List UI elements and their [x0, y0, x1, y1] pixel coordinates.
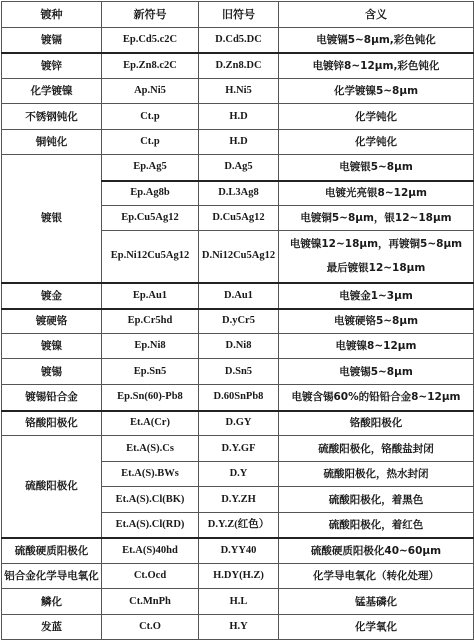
cell-kind: 镀银 [2, 155, 102, 283]
cell-kind: 镀镍 [2, 334, 102, 359]
cell-kind: 镀硬铬 [2, 309, 102, 334]
cell-kind: 不锈钢钝化 [2, 104, 102, 130]
header-new-symbol: 新符号 [102, 2, 199, 28]
cell-old-symbol: H.Ni5 [199, 79, 279, 104]
cell-old-symbol: D.Y.ZH [199, 487, 279, 513]
cell-old-symbol: D.yCr5 [199, 309, 279, 334]
cell-old-symbol: H.Y [199, 615, 279, 640]
cell-old-symbol: D.Y.GF [199, 436, 279, 462]
cell-new-symbol: Ct.O [102, 615, 199, 640]
cell-kind: 镀金 [2, 283, 102, 309]
cell-new-symbol: Ep.Zn8.c2C [102, 53, 199, 79]
cell-new-symbol: Ep.Sn(60)-Pb8 [102, 385, 199, 411]
table-row: 硫酸阳极化 Et.A(S).Cs D.Y.GF 硫酸阳极化，铬酸盐封闭 [2, 436, 474, 462]
cell-old-symbol: D.60SnPb8 [199, 385, 279, 411]
table-row: 硫酸硬质阳极化 Et.A(S)40hd D.YY40 硫酸硬质阳极化40~60μ… [2, 538, 474, 564]
cell-kind: 硫酸硬质阳极化 [2, 538, 102, 564]
cell-kind: 铝合金化学导电氧化 [2, 564, 102, 589]
cell-kind: 发蓝 [2, 615, 102, 640]
cell-old-symbol: D.Zn8.DC [199, 53, 279, 79]
cell-meaning: 硫酸硬质阳极化40~60μm [279, 538, 474, 564]
cell-new-symbol: Ct.Ocd [102, 564, 199, 589]
cell-new-symbol: Et.A(S).Cs [102, 436, 199, 462]
cell-meaning: 电镀锡5~8μm [279, 359, 474, 385]
table-row: 发蓝 Ct.O H.Y 化学氧化 [2, 615, 474, 640]
cell-meaning: 电镀光亮银8~12μm [279, 181, 474, 206]
cell-meaning: 硫酸阳极化，着黑色 [279, 487, 474, 513]
cell-old-symbol: D.GY [199, 411, 279, 436]
cell-meaning: 铬酸阳极化 [279, 411, 474, 436]
table-row: 铬酸阳极化 Et.A(Cr) D.GY 铬酸阳极化 [2, 411, 474, 436]
meaning-line-1: 电镀镍12~18μm，再镀铜5~8μm [281, 232, 471, 256]
meaning-line-2: 最后镀银12~18μm [281, 256, 471, 280]
cell-old-symbol: D.Y [199, 462, 279, 487]
cell-meaning: 电镀锌8~12μm,彩色钝化 [279, 53, 474, 79]
cell-old-symbol: H.D [199, 130, 279, 155]
cell-new-symbol: Ep.Cr5hd [102, 309, 199, 334]
cell-meaning: 电镀镉5~8μm,彩色钝化 [279, 28, 474, 53]
cell-kind: 铜钝化 [2, 130, 102, 155]
cell-old-symbol: D.Cd5.DC [199, 28, 279, 53]
cell-new-symbol: Ap.Ni5 [102, 79, 199, 104]
cell-meaning: 化学镀镍5~8μm [279, 79, 474, 104]
cell-new-symbol: Ep.Ni12Cu5Ag12 [102, 231, 199, 283]
cell-new-symbol: Ep.Cu5Ag12 [102, 206, 199, 231]
cell-new-symbol: Ep.Ag5 [102, 155, 199, 181]
cell-new-symbol: Et.A(S).Cl(RD) [102, 513, 199, 538]
cell-new-symbol: Ep.Sn5 [102, 359, 199, 385]
cell-kind: 鳞化 [2, 589, 102, 615]
plating-symbol-table: 镀种 新符号 旧符号 含义 镀镉 Ep.Cd5.c2C D.Cd5.DC 电镀镉… [1, 1, 474, 640]
cell-new-symbol: Ep.Au1 [102, 283, 199, 309]
cell-new-symbol: Ep.Ni8 [102, 334, 199, 359]
table-row: 镀锌 Ep.Zn8.c2C D.Zn8.DC 电镀锌8~12μm,彩色钝化 [2, 53, 474, 79]
cell-kind: 镀锡铅合金 [2, 385, 102, 411]
cell-meaning: 电镀硬铬5~8μm [279, 309, 474, 334]
cell-old-symbol: D.Ag5 [199, 155, 279, 181]
cell-old-symbol: D.Ni12Cu5Ag12 [199, 231, 279, 283]
cell-kind: 硫酸阳极化 [2, 436, 102, 538]
cell-old-symbol: H.L [199, 589, 279, 615]
header-kind: 镀种 [2, 2, 102, 28]
cell-old-symbol: D.Cu5Ag12 [199, 206, 279, 231]
cell-new-symbol: Et.A(Cr) [102, 411, 199, 436]
header-row: 镀种 新符号 旧符号 含义 [2, 2, 474, 28]
cell-old-symbol: D.Sn5 [199, 359, 279, 385]
table-row: 镀锡铅合金 Ep.Sn(60)-Pb8 D.60SnPb8 电镀含锡60%的铅铅… [2, 385, 474, 411]
cell-meaning: 电镀银5~8μm [279, 155, 474, 181]
table-row: 镀金 Ep.Au1 D.Au1 电镀金1~3μm [2, 283, 474, 309]
cell-meaning: 化学氧化 [279, 615, 474, 640]
table-row: 化学镀镍 Ap.Ni5 H.Ni5 化学镀镍5~8μm [2, 79, 474, 104]
cell-old-symbol: H.DY(H.Z) [199, 564, 279, 589]
cell-meaning: 电镀铜5~8μm，银12~18μm [279, 206, 474, 231]
cell-new-symbol: Ct.p [102, 130, 199, 155]
cell-new-symbol: Ep.Ag8b [102, 181, 199, 206]
cell-kind: 镀锌 [2, 53, 102, 79]
header-old-symbol: 旧符号 [199, 2, 279, 28]
cell-meaning: 电镀镍12~18μm，再镀铜5~8μm 最后镀银12~18μm [279, 231, 474, 283]
table-row: 镀镉 Ep.Cd5.c2C D.Cd5.DC 电镀镉5~8μm,彩色钝化 [2, 28, 474, 53]
table-row: 铜钝化 Ct.p H.D 化学钝化 [2, 130, 474, 155]
cell-new-symbol: Ct.p [102, 104, 199, 130]
cell-meaning: 电镀镍8~12μm [279, 334, 474, 359]
cell-old-symbol: D.Y.Z(红色） [199, 513, 279, 538]
cell-new-symbol: Et.A(S).Cl(BK) [102, 487, 199, 513]
cell-meaning: 硫酸阳极化，着红色 [279, 513, 474, 538]
cell-old-symbol: D.Au1 [199, 283, 279, 309]
cell-old-symbol: D.YY40 [199, 538, 279, 564]
table-row: 镀银 Ep.Ag5 D.Ag5 电镀银5~8μm [2, 155, 474, 181]
cell-meaning: 电镀含锡60%的铅铅合金8~12μm [279, 385, 474, 411]
cell-meaning: 化学导电氧化（转化处理） [279, 564, 474, 589]
cell-kind: 镀锡 [2, 359, 102, 385]
table-row: 镀镍 Ep.Ni8 D.Ni8 电镀镍8~12μm [2, 334, 474, 359]
cell-meaning: 硫酸阳极化，热水封闭 [279, 462, 474, 487]
cell-kind: 化学镀镍 [2, 79, 102, 104]
table-row: 镀锡 Ep.Sn5 D.Sn5 电镀锡5~8μm [2, 359, 474, 385]
cell-meaning: 化学钝化 [279, 130, 474, 155]
table-row: 不锈钢钝化 Ct.p H.D 化学钝化 [2, 104, 474, 130]
cell-kind: 铬酸阳极化 [2, 411, 102, 436]
cell-new-symbol: Ct.MnPh [102, 589, 199, 615]
cell-new-symbol: Et.A(S)40hd [102, 538, 199, 564]
table-row: 铝合金化学导电氧化 Ct.Ocd H.DY(H.Z) 化学导电氧化（转化处理） [2, 564, 474, 589]
cell-meaning: 硫酸阳极化，铬酸盐封闭 [279, 436, 474, 462]
table-row: 镀硬铬 Ep.Cr5hd D.yCr5 电镀硬铬5~8μm [2, 309, 474, 334]
header-meaning: 含义 [279, 2, 474, 28]
cell-old-symbol: D.L3Ag8 [199, 181, 279, 206]
cell-new-symbol: Et.A(S).BWs [102, 462, 199, 487]
cell-old-symbol: D.Ni8 [199, 334, 279, 359]
cell-meaning: 电镀金1~3μm [279, 283, 474, 309]
table-row: 鳞化 Ct.MnPh H.L 锰基磷化 [2, 589, 474, 615]
cell-new-symbol: Ep.Cd5.c2C [102, 28, 199, 53]
cell-old-symbol: H.D [199, 104, 279, 130]
cell-kind: 镀镉 [2, 28, 102, 53]
cell-meaning: 化学钝化 [279, 104, 474, 130]
cell-meaning: 锰基磷化 [279, 589, 474, 615]
